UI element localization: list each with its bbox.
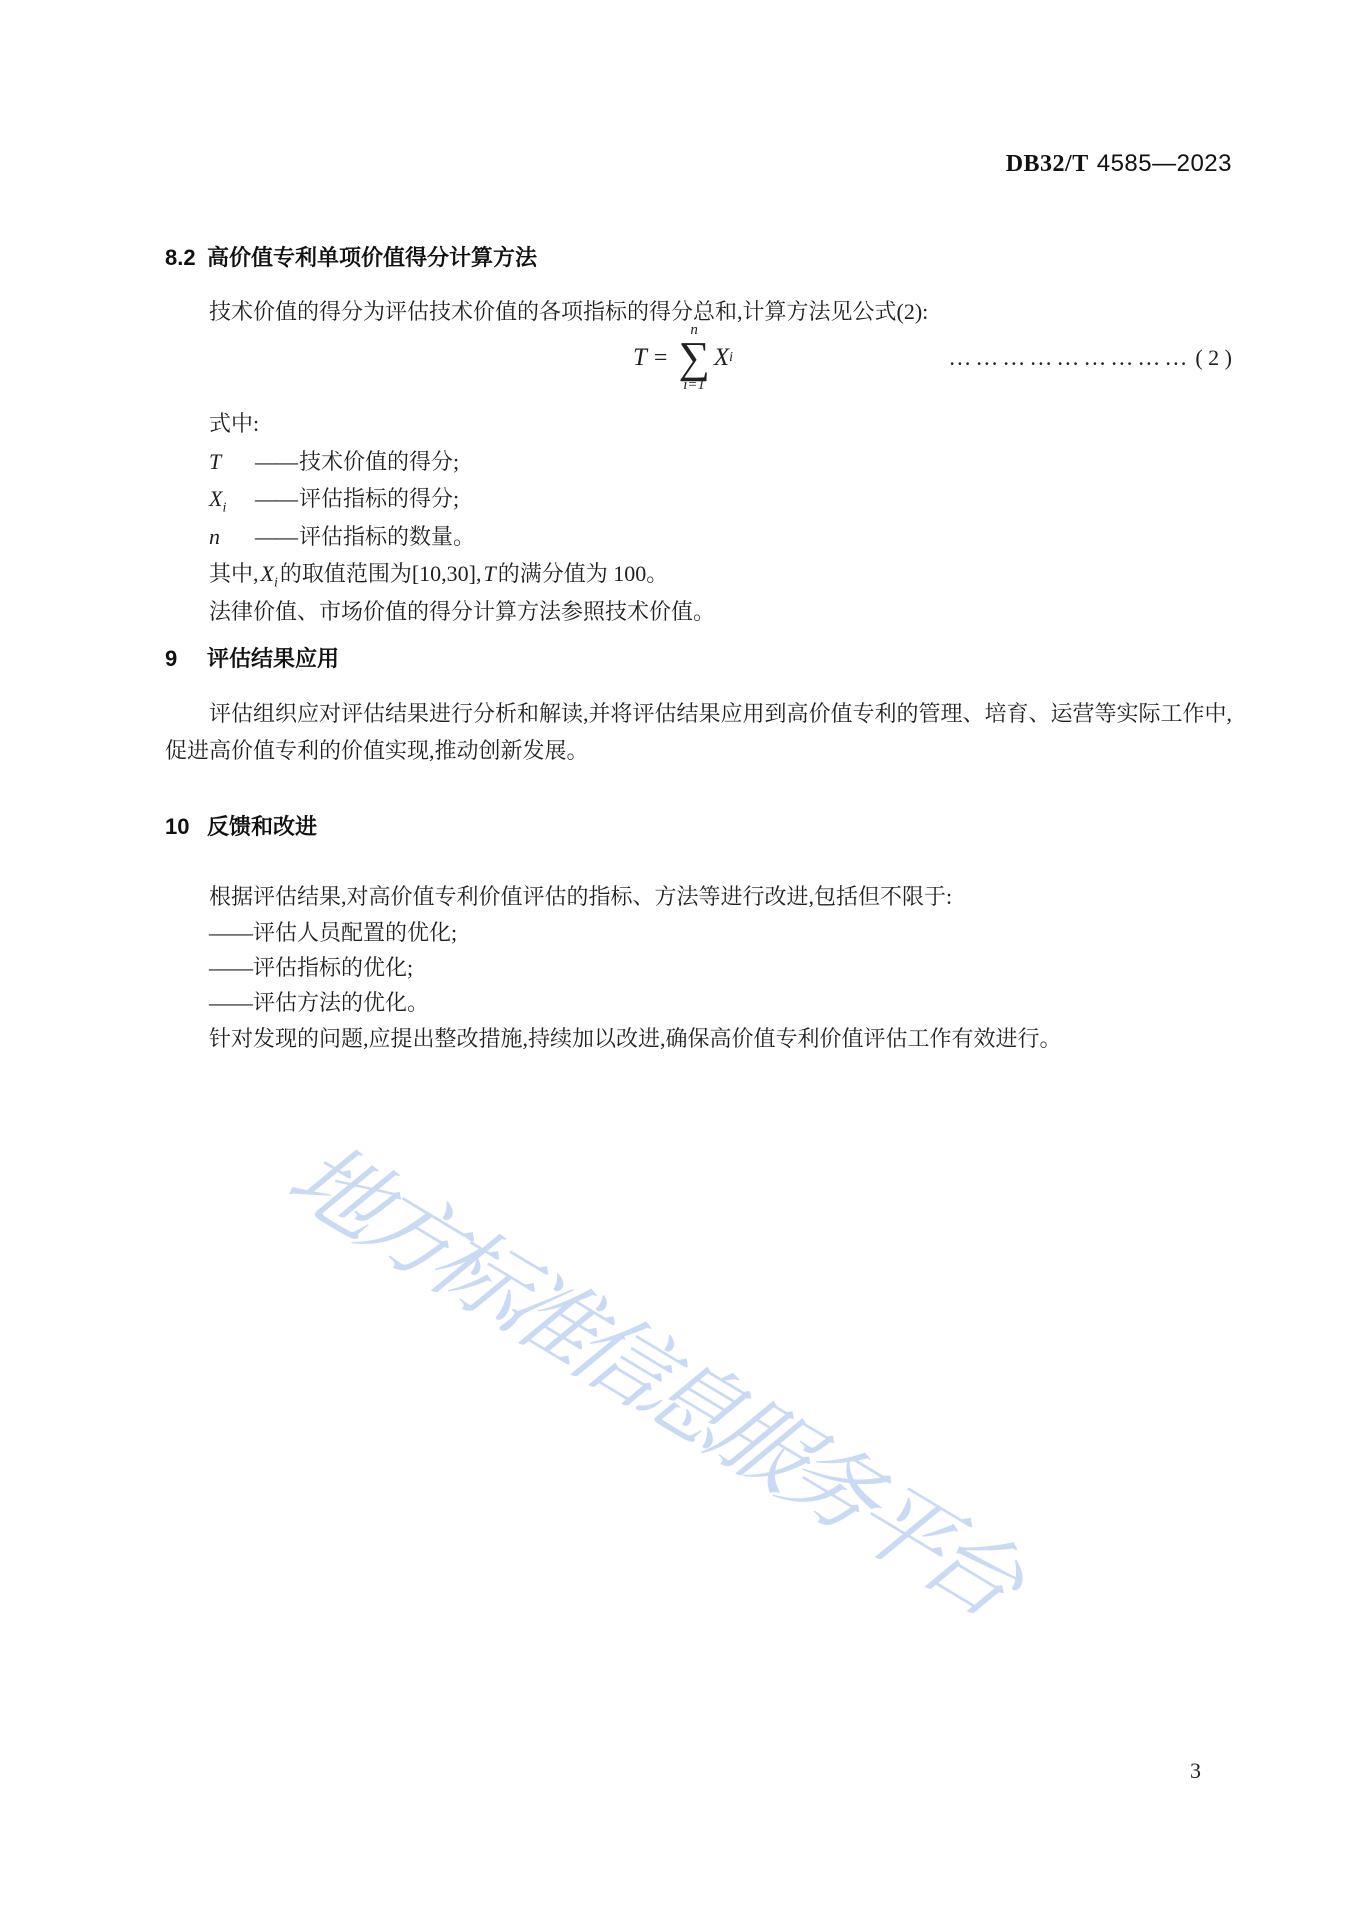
sum-lower-limit: i=1 <box>683 378 705 393</box>
definition-desc: 评估指标的得分; <box>299 486 459 511</box>
list-item: ——评估指标的优化; <box>165 950 1232 985</box>
definition-desc: 评估指标的数量。 <box>299 524 475 549</box>
list-item: ——评估方法的优化。 <box>165 985 1232 1020</box>
formula-2-equation: T = n ∑ i=1 Xi <box>633 323 733 393</box>
note-part2: 的取值范围为[10,30], <box>280 561 482 586</box>
section-8-2-heading: 8.2高价值专利单项价值得分计算方法 <box>165 241 1232 272</box>
sigma-icon: ∑ <box>678 338 709 378</box>
section-10-number: 10 <box>165 814 207 840</box>
doc-code-number: 4585—2023 <box>1097 150 1232 177</box>
formula-equals: = <box>654 345 668 372</box>
section-8-2-closing-line: 法律价值、市场价值的得分计算方法参照技术价值。 <box>165 593 1232 631</box>
formula-note-line: 其中,Xi的取值范围为[10,30],T的满分值为 100。 <box>165 555 1232 593</box>
section-10-closing-paragraph: 针对发现的问题,应提出整改措施,持续加以改进,确保高价值专利价值评估工作有效进行… <box>165 1020 1232 1057</box>
definition-dash: —— <box>255 449 297 474</box>
doc-code-prefix: DB32/T <box>1006 151 1089 177</box>
note-symbol-xi: Xi <box>259 561 280 586</box>
note-symbol-xi-sub: i <box>274 575 278 590</box>
where-label: 式中: <box>165 405 1232 443</box>
definition-desc: 技术价值的得分; <box>299 449 459 474</box>
section-10-list: ——评估人员配置的优化; ——评估指标的优化; ——评估方法的优化。 <box>165 915 1232 1020</box>
section-8-2-number: 8.2 <box>165 245 207 271</box>
definition-symbol-text: n <box>209 524 220 549</box>
definition-dash: —— <box>255 524 297 549</box>
definition-row: n——评估指标的数量。 <box>165 518 1232 556</box>
watermark-text: 地方标准信息服务平台 <box>265 1108 1048 1636</box>
definition-symbol-sub: i <box>222 500 226 515</box>
section-9-number: 9 <box>165 646 207 672</box>
summation-symbol: n ∑ i=1 <box>678 323 709 393</box>
section-10-intro-paragraph: 根据评估结果,对高价值专利价值评估的指标、方法等进行改进,包括但不限于: <box>165 878 1232 915</box>
note-symbol-xi-base: X <box>261 561 274 586</box>
formula-rhs-subscript: i <box>729 350 733 366</box>
formula-rhs-base: X <box>714 344 729 372</box>
definition-row: T——技术价值的得分; <box>165 443 1232 481</box>
section-9-heading: 9评估结果应用 <box>165 642 1232 673</box>
note-symbol-t: T <box>482 561 498 586</box>
formula-number: ( 2 ) <box>1195 345 1232 371</box>
formula-2-row: T = n ∑ i=1 Xi ……………………… ( 2 ) <box>165 320 1232 396</box>
formula-lhs: T <box>633 344 647 372</box>
formula-leader: ……………………… ( 2 ) <box>948 345 1232 371</box>
list-item: ——评估人员配置的优化; <box>165 915 1232 950</box>
page-number: 3 <box>1190 1758 1201 1784</box>
section-10-heading: 10反馈和改进 <box>165 810 1232 841</box>
definition-dash: —— <box>255 486 297 511</box>
section-8-2-title: 高价值专利单项价值得分计算方法 <box>207 245 537 270</box>
note-part3: 的满分值为 100。 <box>498 561 669 586</box>
note-part1: 其中, <box>209 561 259 586</box>
section-9-paragraph: 评估组织应对评估结果进行分析和解读,并将评估结果应用到高价值专利的管理、培育、运… <box>165 695 1232 769</box>
leader-dots: ……………………… <box>948 345 1191 371</box>
definition-symbol-text: X <box>209 486 222 511</box>
definition-row: Xi——评估指标的得分; <box>165 480 1232 518</box>
definition-symbol-text: T <box>209 449 221 474</box>
section-9-title: 评估结果应用 <box>207 646 339 671</box>
formula-where-block: 式中: T——技术价值的得分; Xi——评估指标的得分; n——评估指标的数量。… <box>165 405 1232 630</box>
section-10-title: 反馈和改进 <box>207 814 317 839</box>
document-page: DB32/T4585—2023 8.2高价值专利单项价值得分计算方法 技术价值的… <box>0 0 1361 1909</box>
doc-code: DB32/T4585—2023 <box>1006 150 1232 178</box>
